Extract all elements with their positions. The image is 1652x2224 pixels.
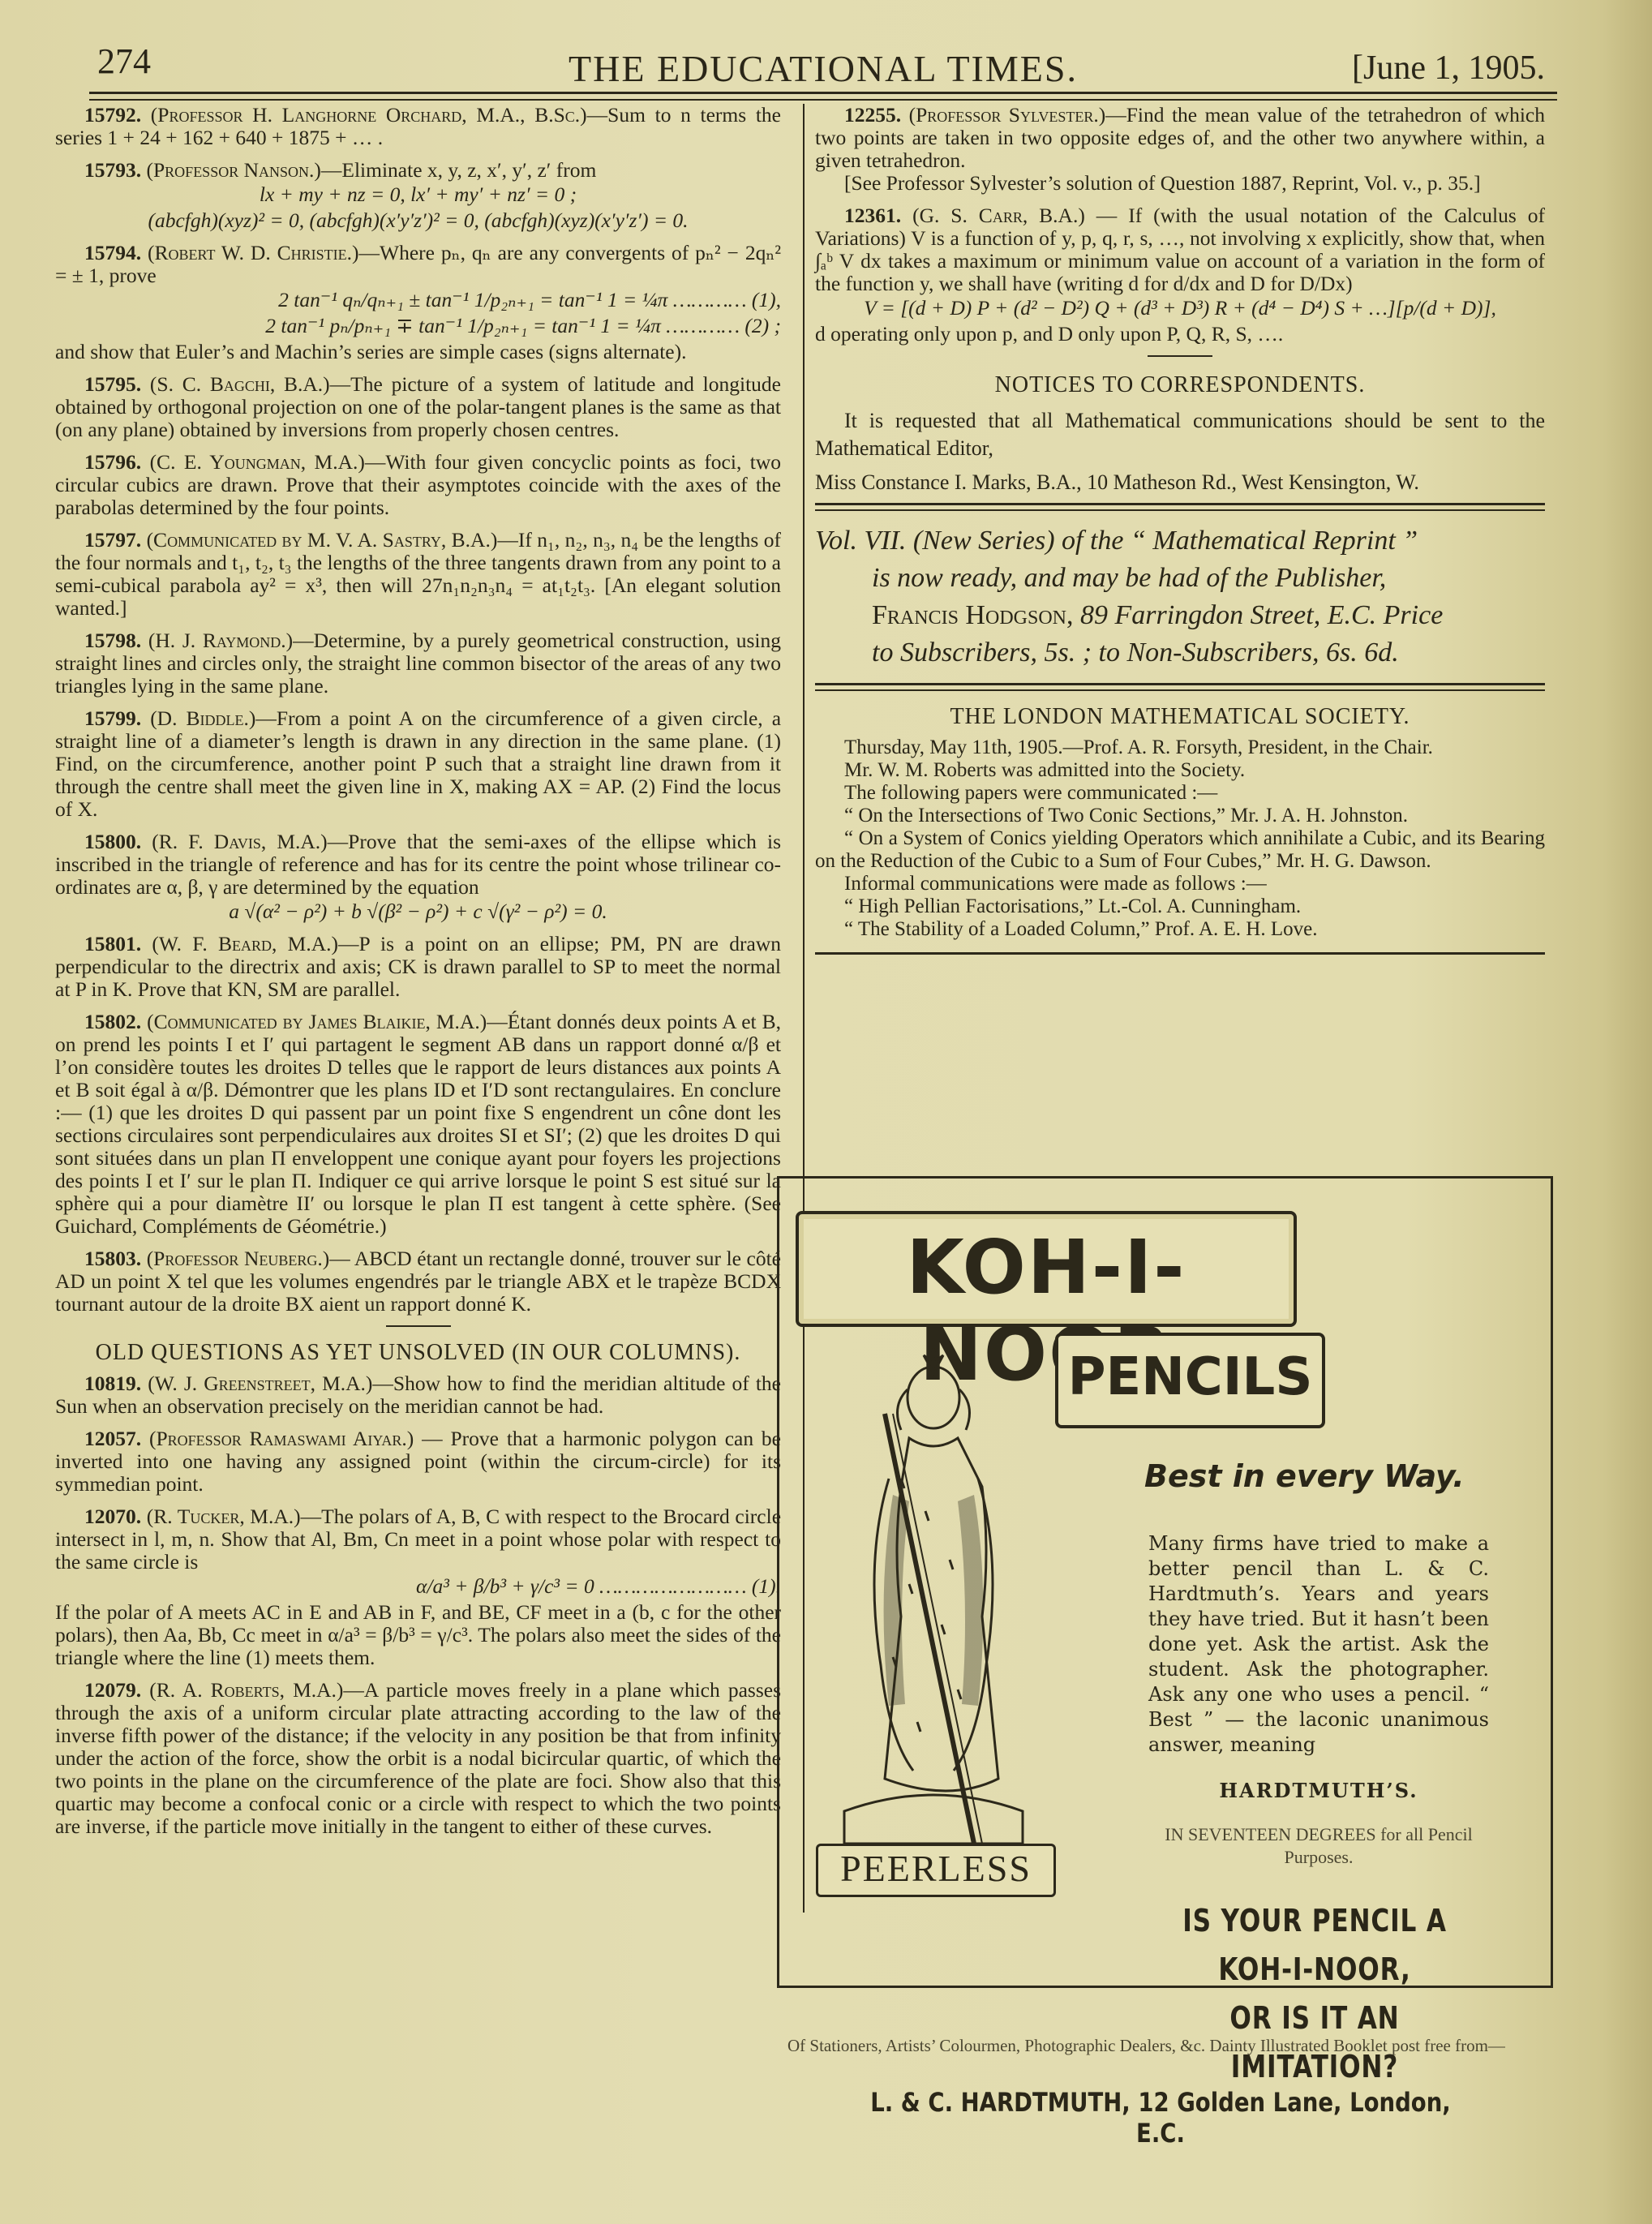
- notices-heading: NOTICES TO CORRESPONDENTS.: [815, 371, 1545, 399]
- ad-degrees: IN SEVENTEEN DEGREES for all Pencil Purp…: [1132, 1823, 1505, 1869]
- equation: a √(α² − ρ²) + b √(β² − ρ²) + c √(γ² − ρ…: [55, 900, 781, 923]
- question-15801: 15801. (W. F. Beard, M.A.)—P is a point …: [55, 933, 781, 1001]
- question-10819: 10819. (W. J. Greenstreet, M.A.)—Show ho…: [55, 1372, 781, 1418]
- question-15803: 15803. (Professor Neuberg.)— ABCD étant …: [55, 1247, 781, 1316]
- double-rule: [815, 683, 1545, 685]
- question-15802: 15802. (Communicated by James Blaikie, M…: [55, 1011, 781, 1238]
- ad-brand-name: HARDTMUTH’S.: [1144, 1779, 1493, 1802]
- header-rule: [89, 92, 1557, 94]
- equation: V = [(d + D) P + (d² − D²) Q + (d³ + D³)…: [815, 297, 1545, 320]
- question-15797: 15797. (Communicated by M. V. A. Sastry,…: [55, 529, 781, 620]
- double-rule: [815, 689, 1545, 691]
- double-rule: [815, 503, 1545, 505]
- ad-body-copy: Many firms have tried to make a better p…: [1148, 1531, 1489, 1758]
- question-15796: 15796. (C. E. Youngman, M.A.)—With four …: [55, 451, 781, 519]
- reprint-notice: Vol. VII. (New Series) of the “ Mathemat…: [815, 522, 1545, 672]
- question-12361: 12361. (G. S. Carr, B.A.) — If (with the…: [815, 204, 1545, 346]
- question-12057: 12057. (Professor Ramaswami Aiyar.) — Pr…: [55, 1428, 781, 1496]
- lms-heading: THE LONDON MATHEMATICAL SOCIETY.: [815, 706, 1545, 728]
- ad-address: L. & C. HARDTMUTH, 12 Golden Lane, Londo…: [847, 2087, 1474, 2149]
- question-15795: 15795. (S. C. Bagchi, B.A.)—The picture …: [55, 373, 781, 441]
- question-15800: 15800. (R. F. Davis, M.A.)—Prove that th…: [55, 831, 781, 923]
- question-15793: 15793. (Professor Nanson.)—Eliminate x, …: [55, 159, 781, 232]
- question-15792: 15792. (Professor H. Langhorne Orchard, …: [55, 104, 781, 149]
- section-divider: [1148, 355, 1212, 357]
- question-15799: 15799. (D. Biddle.)—From a point A on th…: [55, 707, 781, 821]
- equation: 2 tan⁻¹ pₙ/pₙ₊₁ ∓ tan⁻¹ 1/p₂ₙ₊₁ = tan⁻¹ …: [55, 315, 781, 337]
- london-mathematical-society: THE LONDON MATHEMATICAL SOCIETY. Thursda…: [815, 706, 1545, 941]
- product-banner: PENCILS: [1055, 1333, 1325, 1428]
- question-15798: 15798. (H. J. Raymond.)—Determine, by a …: [55, 629, 781, 698]
- issue-date: [June 1, 1905.: [1352, 49, 1545, 88]
- left-column: 15792. (Professor H. Langhorne Orchard, …: [55, 104, 781, 1848]
- question-12255: 12255. (Professor Sylvester.)—Find the m…: [815, 104, 1545, 195]
- header-rule-secondary: [89, 99, 1557, 101]
- editor-address: Miss Constance I. Marks, B.A., 10 Mathes…: [815, 469, 1545, 496]
- section-divider: [386, 1325, 451, 1327]
- equation: α/a³ + β/b³ + γ/c³ = 0 …………………… (1).: [55, 1575, 781, 1598]
- peerless-label: PEERLESS: [816, 1844, 1056, 1897]
- publisher-name: Francis Hodgson,: [872, 600, 1074, 630]
- equation: lx + my + nz = 0, lx′ + my′ + nz′ = 0 ;: [55, 183, 781, 206]
- old-questions-heading: OLD QUESTIONS AS YET UNSOLVED (IN OUR CO…: [55, 1342, 781, 1364]
- equation: (abcfgh)(xyz)² = 0, (abcfgh)(x′y′z′)² = …: [55, 209, 781, 232]
- notices-body: It is requested that all Mathematical co…: [815, 407, 1545, 462]
- queen-illustration-icon: [812, 1316, 1047, 1852]
- section-rule: [815, 952, 1545, 955]
- ad-footer: Of Stationers, Artists’ Colourmen, Photo…: [787, 2034, 1534, 2057]
- ad-tagline: Best in every Way.: [1144, 1458, 1465, 1494]
- ad-question: IS YOUR PENCIL A KOH-I-NOOR, OR IS IT AN…: [1142, 1896, 1487, 2091]
- brand-banner: KOH-I-NOOR: [796, 1211, 1297, 1327]
- newspaper-page: 274 THE EDUCATIONAL TIMES. [June 1, 1905…: [0, 0, 1652, 2224]
- question-12070: 12070. (R. Tucker, M.A.)—The polars of A…: [55, 1505, 781, 1669]
- question-note: [See Professor Sylvester’s solution of Q…: [815, 172, 1545, 195]
- question-12079: 12079. (R. A. Roberts, M.A.)—A particle …: [55, 1679, 781, 1838]
- page-header: 274 THE EDUCATIONAL TIMES. [June 1, 1905…: [89, 41, 1557, 97]
- double-rule: [815, 509, 1545, 511]
- notices-to-correspondents: NOTICES TO CORRESPONDENTS. It is request…: [815, 371, 1545, 496]
- masthead-title: THE EDUCATIONAL TIMES.: [89, 47, 1557, 90]
- right-column: 12255. (Professor Sylvester.)—Find the m…: [815, 104, 1545, 955]
- equation: 2 tan⁻¹ qₙ/qₙ₊₁ ± tan⁻¹ 1/p₂ₙ₊₁ = tan⁻¹ …: [55, 289, 781, 311]
- question-15794: 15794. (Robert W. D. Christie.)—Where pₙ…: [55, 242, 781, 363]
- koh-i-noor-advertisement: KOH-I-NOOR PENCILS PEERLESS: [777, 1176, 1553, 1988]
